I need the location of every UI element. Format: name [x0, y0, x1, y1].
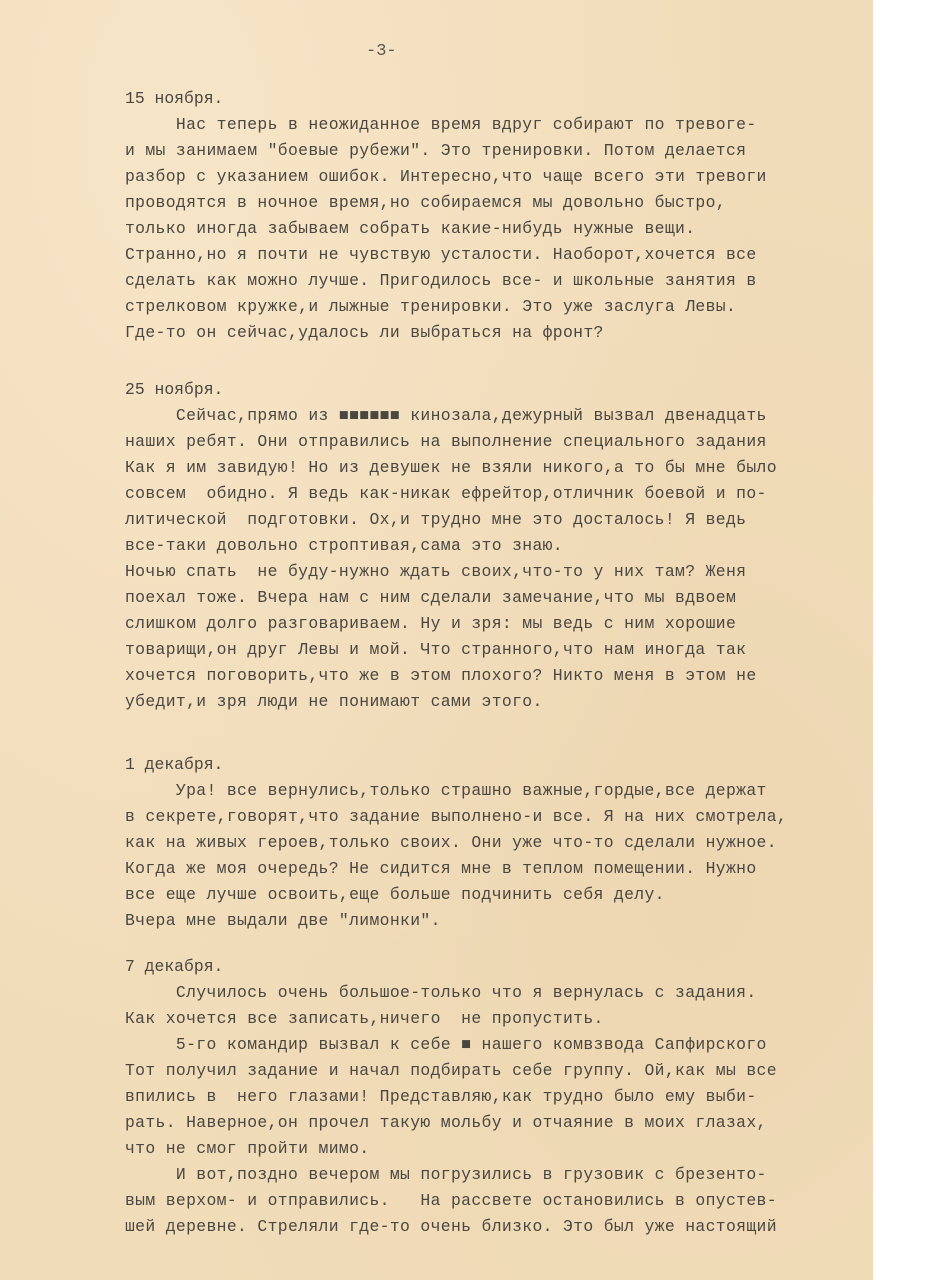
text-line: впились в него глазами! Представляю,как …	[125, 1084, 870, 1110]
text-line: в секрете,говорят,что задание выполнено-…	[125, 804, 870, 830]
text-line: только иногда забываем собрать какие-ниб…	[125, 216, 870, 242]
text-line: совсем обидно. Я ведь как-никак ефрейтор…	[125, 481, 870, 507]
text-line: шей деревне. Стреляли где-то очень близк…	[125, 1214, 870, 1240]
diary-entry: 1 декабря. Ура! все вернулись,только стр…	[125, 752, 870, 934]
page-number: -3-	[366, 42, 397, 61]
entry-date: 7 декабря.	[125, 954, 870, 980]
text-line: товарищи,он друг Левы и мой. Что странно…	[125, 637, 870, 663]
text-line: Вчера мне выдали две "лимонки".	[125, 908, 870, 934]
text-line: Сейчас,прямо из ■■■■■■ кинозала,дежурный…	[125, 403, 870, 429]
text-line: все-таки довольно строптивая,сама это зн…	[125, 533, 870, 559]
text-line: Нас теперь в неожиданное время вдруг соб…	[125, 112, 870, 138]
text-line: Ночью спать не буду-нужно ждать своих,чт…	[125, 559, 870, 585]
text-line: рать. Наверное,он прочел такую мольбу и …	[125, 1110, 870, 1136]
text-line: как на живых героев,только своих. Они уж…	[125, 830, 870, 856]
text-line: Как я им завидую! Но из девушек не взяли…	[125, 455, 870, 481]
diary-entry: 7 декабря. Случилось очень большое-тольк…	[125, 954, 870, 1240]
text-line: 5-го командир вызвал к себе ■ нашего ком…	[125, 1032, 870, 1058]
text-line: разбор с указанием ошибок. Интересно,что…	[125, 164, 870, 190]
text-line: хочется поговорить,что же в этом плохого…	[125, 663, 870, 689]
text-line: Когда же моя очередь? Не сидится мне в т…	[125, 856, 870, 882]
text-line: и мы занимаем "боевые рубежи". Это трени…	[125, 138, 870, 164]
text-line: слишком долго разговариваем. Ну и зря: м…	[125, 611, 870, 637]
text-line: Ура! все вернулись,только страшно важные…	[125, 778, 870, 804]
text-line: литической подготовки. Ох,и трудно мне э…	[125, 507, 870, 533]
text-line: что не смог пройти мимо.	[125, 1136, 870, 1162]
diary-entry: 25 ноября. Сейчас,прямо из ■■■■■■ киноза…	[125, 377, 870, 715]
entry-date: 1 декабря.	[125, 752, 870, 778]
text-line: Тот получил задание и начал подбирать се…	[125, 1058, 870, 1084]
text-line: все еще лучше освоить,еще больше подчини…	[125, 882, 870, 908]
text-line: проводятся в ночное время,но собираемся …	[125, 190, 870, 216]
text-line: Странно,но я почти не чувствую усталости…	[125, 242, 870, 268]
text-line: стрелковом кружке,и лыжные тренировки. Э…	[125, 294, 870, 320]
typewritten-page: -3- 15 ноября. Нас теперь в неожиданное …	[0, 0, 873, 1280]
text-line: убедит,и зря люди не понимают сами этого…	[125, 689, 870, 715]
entry-date: 25 ноября.	[125, 377, 870, 403]
text-line: поехал тоже. Вчера нам с ним сделали зам…	[125, 585, 870, 611]
text-line: вым верхом- и отправились. На рассвете о…	[125, 1188, 870, 1214]
diary-entry: 15 ноября. Нас теперь в неожиданное врем…	[125, 86, 870, 346]
entry-date: 15 ноября.	[125, 86, 870, 112]
text-line: Случилось очень большое-только что я вер…	[125, 980, 870, 1006]
text-line: Где-то он сейчас,удалось ли выбраться на…	[125, 320, 870, 346]
text-line: Как хочется все записать,ничего не пропу…	[125, 1006, 870, 1032]
text-line: наших ребят. Они отправились на выполнен…	[125, 429, 870, 455]
text-line: сделать как можно лучше. Пригодилось все…	[125, 268, 870, 294]
text-line: И вот,поздно вечером мы погрузились в гр…	[125, 1162, 870, 1188]
